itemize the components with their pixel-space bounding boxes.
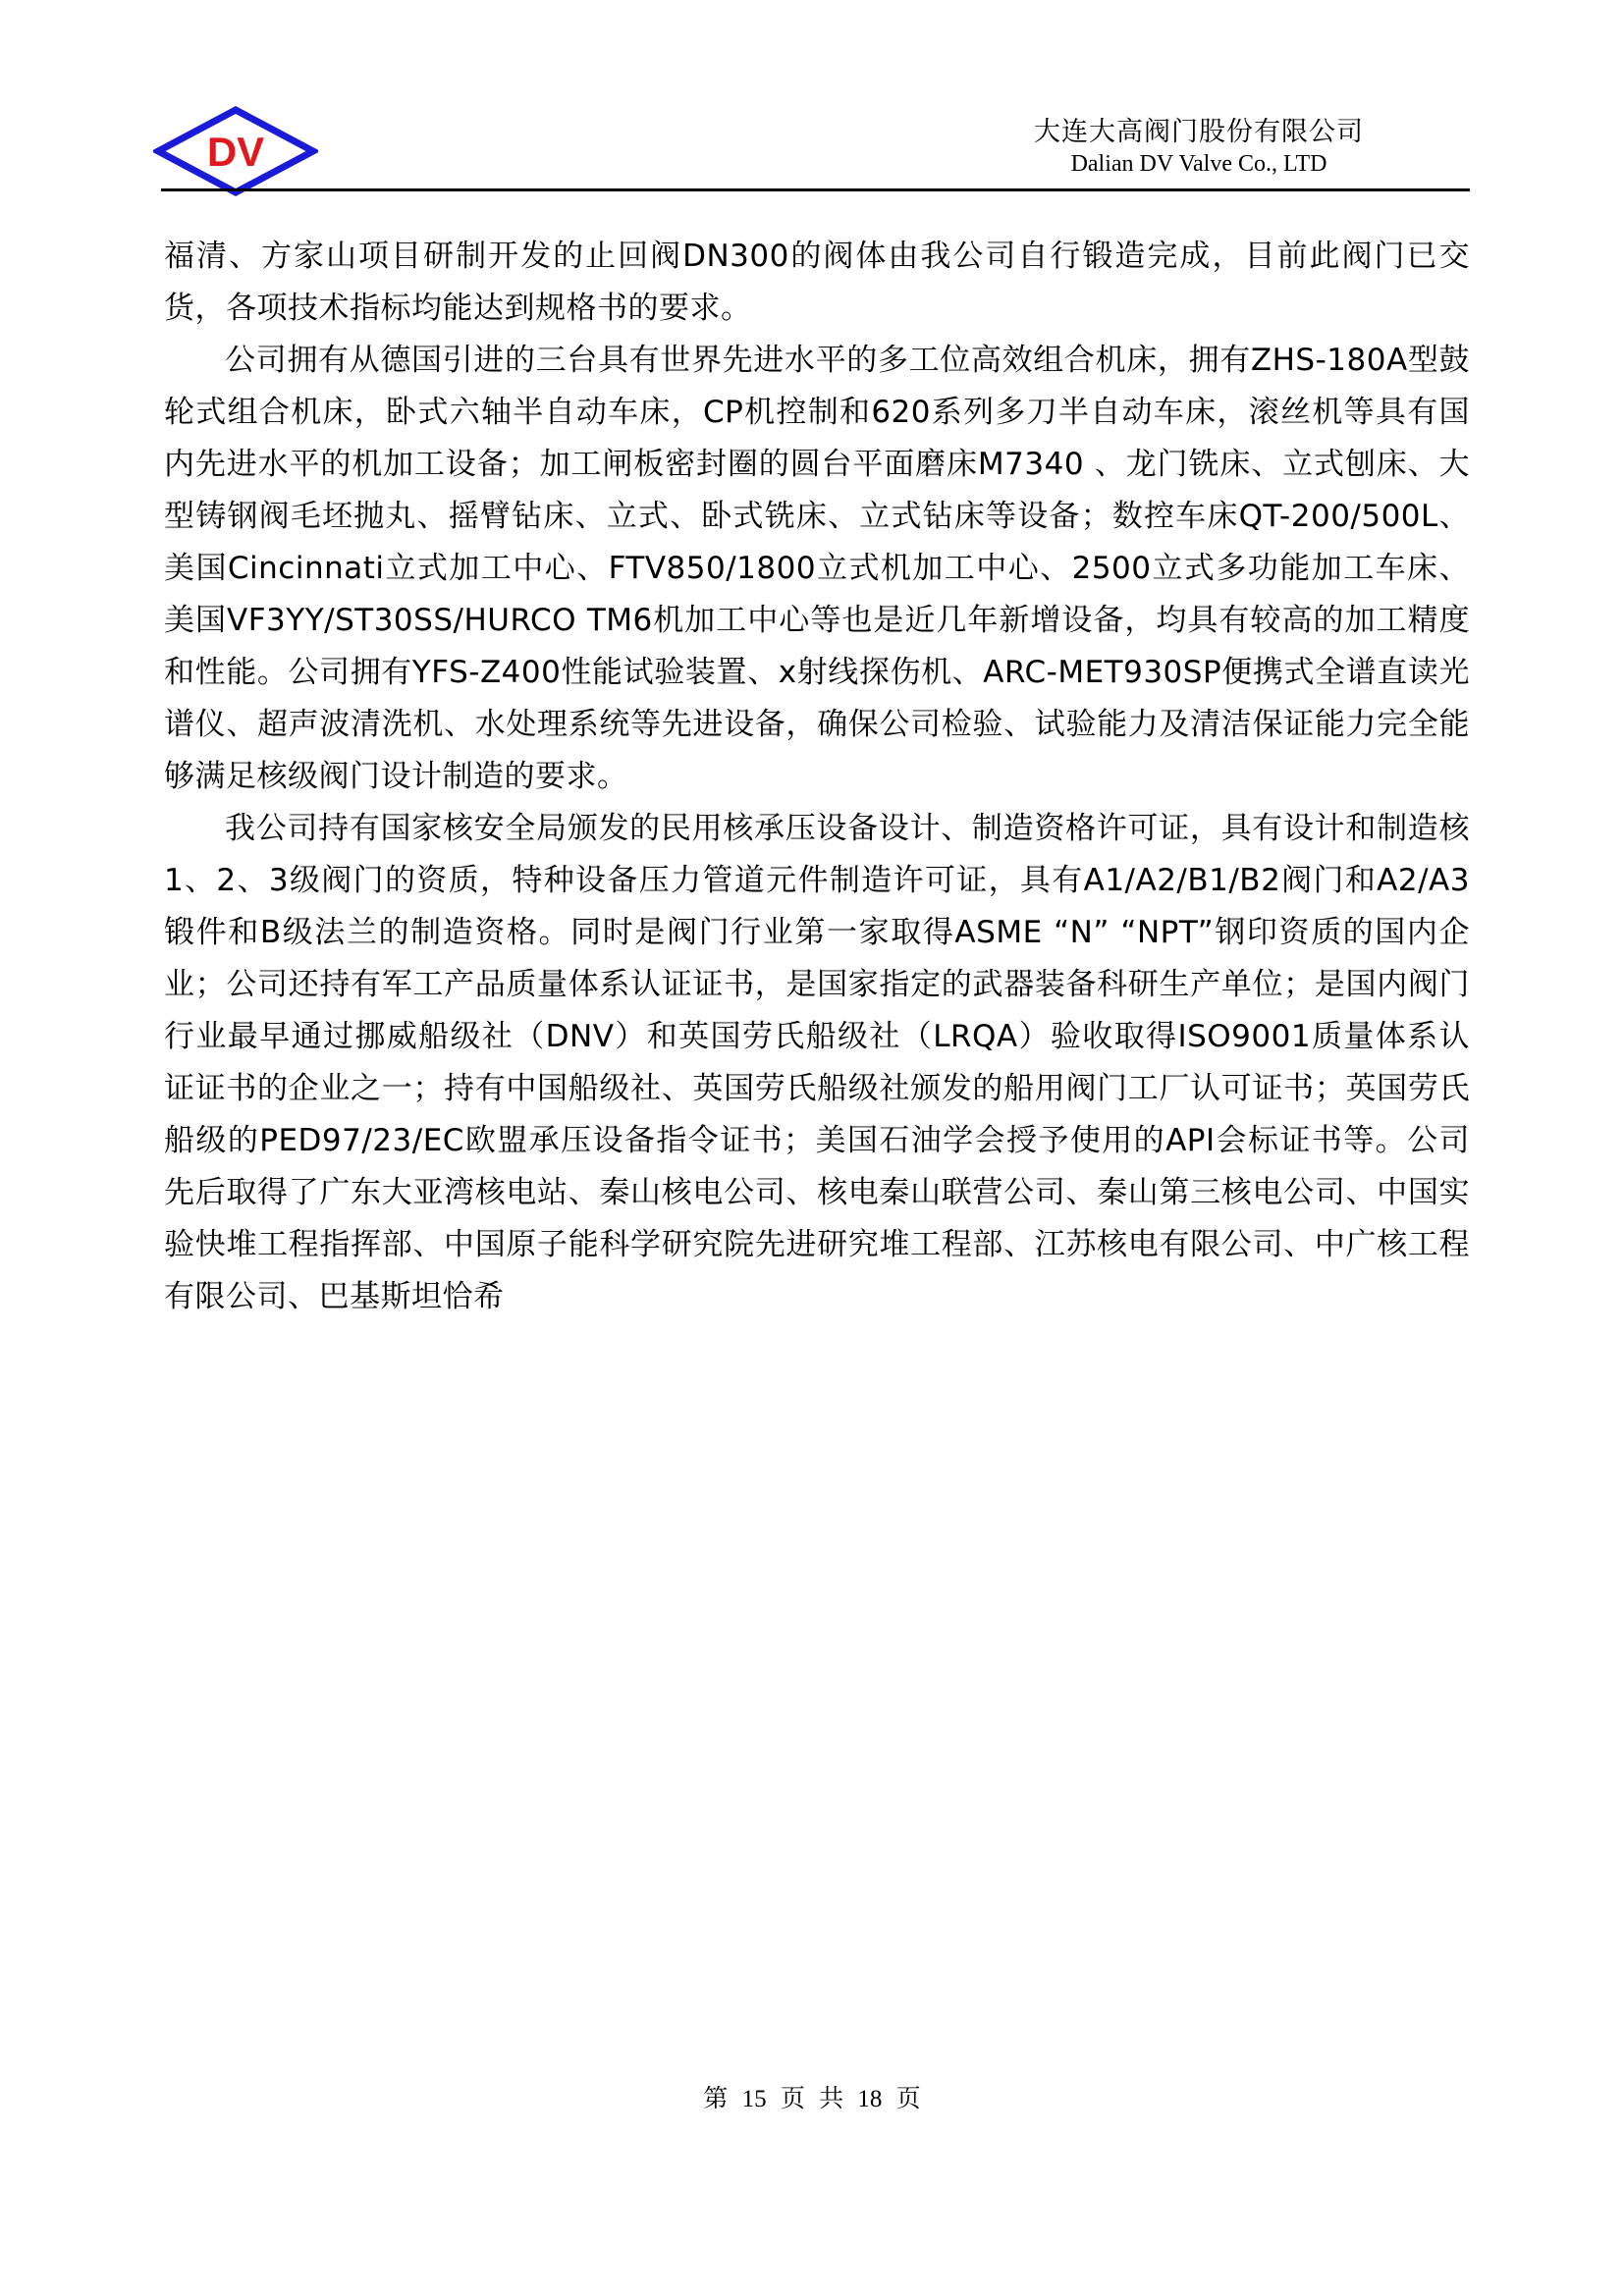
document-body: 福清、方家山项目研制开发的止回阀DN300的阀体由我公司自行锻造完成，目前此阀门… xyxy=(164,231,1470,1323)
document-page: DV 大连大高阀门股份有限公司 Dalian DV Valve Co., LTD… xyxy=(0,0,1624,2296)
paragraph: 公司拥有从德国引进的三台具有世界先进水平的多工位高效组合机床，拥有ZHS-180… xyxy=(164,335,1470,803)
paragraph: 福清、方家山项目研制开发的止回阀DN300的阀体由我公司自行锻造完成，目前此阀门… xyxy=(164,231,1470,335)
company-logo: DV xyxy=(153,106,318,196)
header-company-block: 大连大高阀门股份有限公司 Dalian DV Valve Co., LTD xyxy=(1012,116,1385,179)
page-number: 第 15 页 共 18 页 xyxy=(0,2079,1624,2114)
header-divider xyxy=(161,188,1470,191)
paragraph: 我公司持有国家核安全局颁发的民用核承压设备设计、制造资格许可证，具有设计和制造核… xyxy=(164,803,1470,1323)
company-name-cn: 大连大高阀门股份有限公司 xyxy=(1012,116,1385,149)
company-name-en: Dalian DV Valve Co., LTD xyxy=(1012,149,1385,179)
svg-text:DV: DV xyxy=(207,129,264,175)
diamond-logo-icon: DV xyxy=(153,106,318,196)
